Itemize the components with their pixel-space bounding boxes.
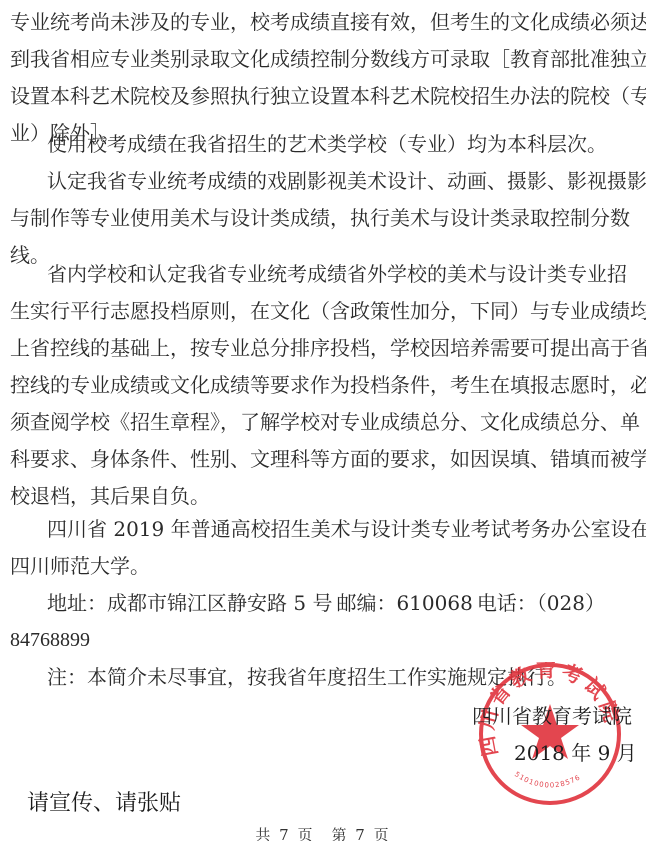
address: 地址：成都市锦江区静安路 5 号 bbox=[47, 591, 332, 615]
text-line: 设置本科艺术院校及参照执行独立设置本科艺术院校招生办法的院校（专 bbox=[10, 84, 612, 108]
phone-number: 84768899 bbox=[10, 628, 612, 652]
signature-date: 2018 年 9 月 bbox=[514, 741, 637, 765]
text-line: 生实行平行志愿投档原则，在文化（含政策性加分，下同）与专业成绩均 bbox=[10, 299, 612, 323]
text-line: 专业统考尚未涉及的专业，校考成绩直接有效，但考生的文化成绩必须达 bbox=[10, 10, 612, 34]
phone-label: 电话：（028） bbox=[477, 591, 605, 615]
page-number-footer: 共 7 页 第 7 页 bbox=[0, 824, 646, 841]
svg-text:5101000028576: 5101000028576 bbox=[513, 770, 582, 789]
poster-note: 请宣传、请张贴 bbox=[27, 786, 181, 817]
text-line: 须查阅学校《招生章程》，了解学校对专业成绩总分、文化成绩总分、单 bbox=[10, 410, 612, 434]
text-line: 省内学校和认定我省专业统考成绩省外学校的美术与设计类专业招 bbox=[47, 262, 612, 286]
official-seal-icon: 四川省教育考试院 5101000028576 bbox=[478, 662, 622, 806]
text-line: 认定我省专业统考成绩的戏剧影视美术设计、动画、摄影、影视摄影 bbox=[47, 169, 612, 193]
contact-line: 地址：成都市锦江区静安路 5 号 邮编：610068 电话：（028） bbox=[47, 591, 605, 615]
text-line: 校退档，其后果自负。 bbox=[10, 484, 612, 508]
text-line: 控线的专业成绩或文化成绩等要求作为投档条件，考生在填报志愿时，必 bbox=[10, 373, 612, 397]
text-line: 到我省相应专业类别录取文化成绩控制分数线方可录取［教育部批准独立 bbox=[10, 47, 612, 71]
text-line: 四川师范大学。 bbox=[10, 554, 612, 578]
text-line: 与制作等专业使用美术与设计类成绩，执行美术与设计类录取控制分数 bbox=[10, 206, 612, 230]
text-line: 使用校考成绩在我省招生的艺术类学校（专业）均为本科层次。 bbox=[47, 132, 612, 156]
text-line: 四川省 2019 年普通高校招生美术与设计类专业考试考务办公室设在 bbox=[47, 517, 612, 541]
signature-organization: 四川省教育考试院 bbox=[472, 704, 632, 728]
text-line: 科要求、身体条件、性别、文理科等方面的要求，如因误填、错填而被学 bbox=[10, 447, 612, 471]
postcode: 邮编：610068 bbox=[336, 591, 472, 615]
text-line: 上省控线的基础上，按专业总分排序投档，学校因培养需要可提出高于省 bbox=[10, 336, 612, 360]
